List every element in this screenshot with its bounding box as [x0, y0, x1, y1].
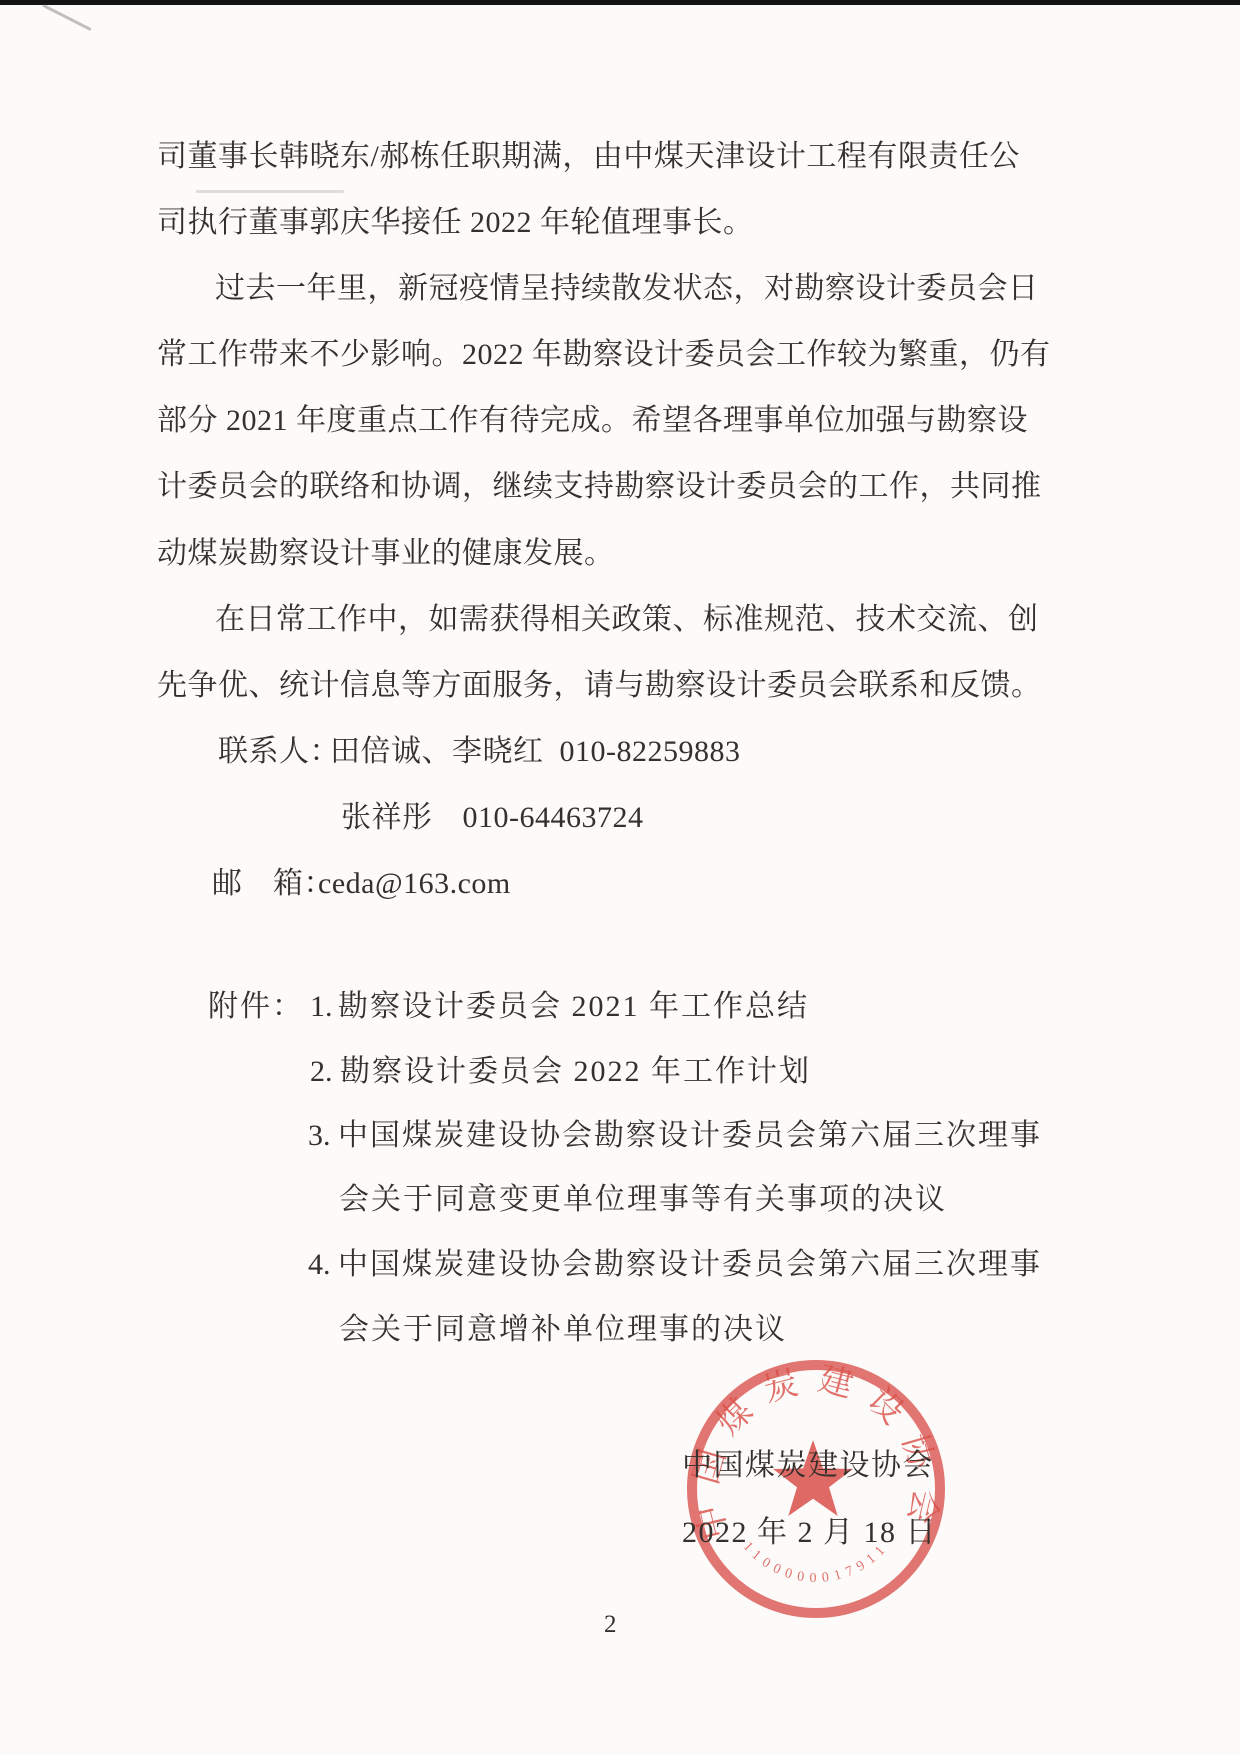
- official-seal: 中国煤炭建设协会 1100000017911: [666, 1339, 966, 1639]
- document-page: 司董事长韩晓东/郝栋任职期满，由中煤天津设计工程有限责任公 司执行董事郭庆华接任…: [0, 0, 1240, 1755]
- body-line-9: 先争优、统计信息等方面服务，请与勘察设计委员会联系和反馈。: [157, 668, 1042, 704]
- email-label: 邮 箱：: [212, 866, 318, 902]
- body-line-4: 常工作带来不少影响。2022 年勘察设计委员会工作较为繁重，仍有: [157, 337, 1051, 373]
- attachment-number-4: 4.: [308, 1247, 338, 1283]
- attachments-row-1: 附件：1.勘察设计委员会 2021 年工作总结: [208, 989, 809, 1025]
- body-line-7: 动煤炭勘察设计事业的健康发展。: [157, 536, 615, 572]
- attachments-label: 附件：: [208, 989, 310, 1025]
- attachment-number-3: 3.: [308, 1118, 338, 1154]
- page-number: 2: [604, 1611, 617, 1639]
- contact-label: 联系人：: [218, 734, 330, 770]
- email-address: ceda@163.com: [318, 867, 511, 900]
- attachment-title-4: 中国煤炭建设协会勘察设计委员会第六届三次理事: [338, 1248, 1042, 1281]
- contact-row-2: 张祥彤010-64463724: [341, 800, 644, 836]
- attachment-title-1: 勘察设计委员会 2021 年工作总结: [338, 990, 809, 1023]
- scan-smudge-artifact: [196, 190, 344, 193]
- attachment-number-2: 2.: [310, 1054, 340, 1090]
- contact-row-1: 联系人：田倍诚、李晓红010-82259883: [218, 734, 741, 770]
- attachments-row-2: 2.勘察设计委员会 2022 年工作计划: [310, 1054, 811, 1090]
- contact-phone-1: 010-82259883: [560, 735, 741, 768]
- body-line-2: 司执行董事郭庆华接任 2022 年轮值理事长。: [157, 205, 754, 241]
- body-line-5: 部分 2021 年度重点工作有待完成。希望各理事单位加强与勘察设: [157, 403, 1028, 439]
- contact-phone-2: 010-64463724: [463, 801, 644, 834]
- pen-mark-artifact: [42, 4, 91, 31]
- attachments-row-4: 4.中国煤炭建设协会勘察设计委员会第六届三次理事: [308, 1247, 1042, 1283]
- attachment-title-2: 勘察设计委员会 2022 年工作计划: [340, 1055, 811, 1088]
- contact-name-2: 张祥彤: [341, 801, 433, 834]
- scan-edge-artifact: [0, 0, 1240, 5]
- attachments-row-3-cont: 会关于同意变更单位理事等有关事项的决议: [339, 1182, 947, 1218]
- attachment-title-3-line2: 会关于同意变更单位理事等有关事项的决议: [339, 1183, 947, 1216]
- body-line-3: 过去一年里，新冠疫情呈持续散发状态，对勘察设计委员会日: [215, 271, 1039, 307]
- body-line-8: 在日常工作中，如需获得相关政策、标准规范、技术交流、创: [215, 602, 1039, 638]
- attachment-number-1: 1.: [310, 989, 338, 1025]
- contact-names: 田倍诚、李晓红: [330, 735, 544, 768]
- attachment-title-3: 中国煤炭建设协会勘察设计委员会第六届三次理事: [338, 1119, 1042, 1152]
- body-line-1: 司董事长韩晓东/郝栋任职期满，由中煤天津设计工程有限责任公: [157, 139, 1020, 175]
- attachments-row-3: 3.中国煤炭建设协会勘察设计委员会第六届三次理事: [308, 1118, 1042, 1154]
- body-line-6: 计委员会的联络和协调，继续支持勘察设计委员会的工作，共同推: [157, 469, 1042, 505]
- email-row: 邮 箱：ceda@163.com: [212, 866, 511, 902]
- signature-org: 中国煤炭建设协会: [682, 1448, 934, 1484]
- signature-date: 2022 年 2 月 18 日: [682, 1515, 937, 1551]
